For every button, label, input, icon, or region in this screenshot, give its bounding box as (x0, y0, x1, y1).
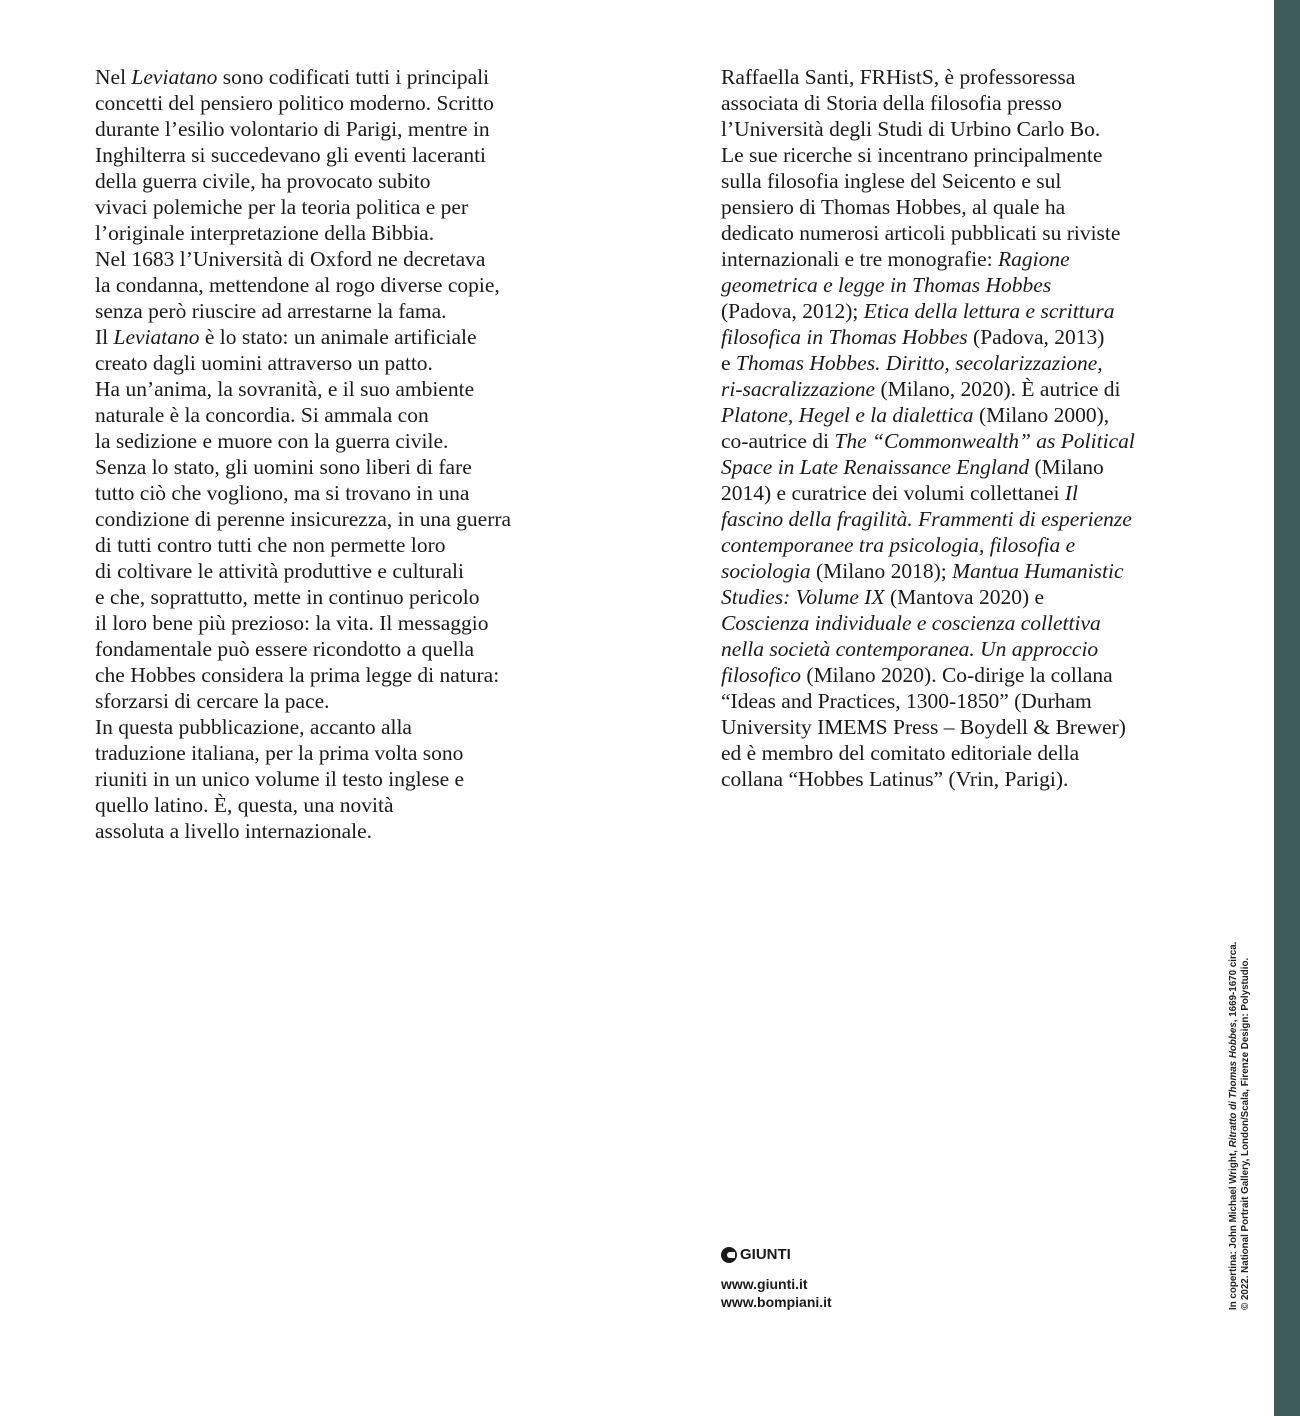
text-line: senza però riuscire ad arrestarne la fam… (95, 298, 585, 324)
text-line: filosofico (Milano 2020). Co-dirige la c… (721, 662, 1201, 688)
text-line: condizione di perenne insicurezza, in un… (95, 506, 585, 532)
cover-credit-line-1: In copertina: John Michael Wright, Ritra… (1228, 942, 1240, 1310)
text-line: Ha un’anima, la sovranità, e il suo ambi… (95, 376, 585, 402)
text-line: concetti del pensiero politico moderno. … (95, 90, 585, 116)
text-line: tutto ciò che vogliono, ma si trovano in… (95, 480, 585, 506)
text-line: di tutti contro tutti che non permette l… (95, 532, 585, 558)
text-line: collana “Hobbes Latinus” (Vrin, Parigi). (721, 766, 1201, 792)
text-line: pensiero di Thomas Hobbes, al quale ha (721, 194, 1201, 220)
text-line: e che, soprattutto, mette in continuo pe… (95, 584, 585, 610)
text-line: l’Università degli Studi di Urbino Carlo… (721, 116, 1201, 142)
text-line: Raffaella Santi, FRHistS, è professoress… (721, 64, 1201, 90)
text-line: sulla filosofia inglese del Seicento e s… (721, 168, 1201, 194)
text-line: University IMEMS Press – Boydell & Brewe… (721, 714, 1201, 740)
text-line: Platone, Hegel e la dialettica (Milano 2… (721, 402, 1201, 428)
text-line: sociologia (Milano 2018); Mantua Humanis… (721, 558, 1201, 584)
text-line: nella società contemporanea. Un approcci… (721, 636, 1201, 662)
text-line: Studies: Volume IX (Mantova 2020) e (721, 584, 1201, 610)
text-line: la sedizione e muore con la guerra civil… (95, 428, 585, 454)
text-line: di coltivare le attività produttive e cu… (95, 558, 585, 584)
text-line: Le sue ricerche si incentrano principalm… (721, 142, 1201, 168)
text-line: geometrica e legge in Thomas Hobbes (721, 272, 1201, 298)
text-line: che Hobbes considera la prima legge di n… (95, 662, 585, 688)
text-line: della guerra civile, ha provocato subito (95, 168, 585, 194)
text-line: Il Leviatano è lo stato: un animale arti… (95, 324, 585, 350)
text-line: fondamentale può essere ricondotto a que… (95, 636, 585, 662)
text-line: Space in Late Renaissance England (Milan… (721, 454, 1201, 480)
text-line: filosofica in Thomas Hobbes (Padova, 201… (721, 324, 1201, 350)
giunti-logo: GIUNTI (721, 1246, 832, 1263)
text-line: durante l’esilio volontario di Parigi, m… (95, 116, 585, 142)
text-line: Senza lo stato, gli uomini sono liberi d… (95, 454, 585, 480)
text-line: Nel 1683 l’Università di Oxford ne decre… (95, 246, 585, 272)
text-line: creato dagli uomini attraverso un patto. (95, 350, 585, 376)
text-line: quello latino. È, questa, una novità (95, 792, 585, 818)
text-line: traduzione italiana, per la prima volta … (95, 740, 585, 766)
cover-credit: In copertina: John Michael Wright, Ritra… (1228, 942, 1252, 1310)
text-line: “Ideas and Practices, 1300-1850” (Durham (721, 688, 1201, 714)
text-line: In questa pubblicazione, accanto alla (95, 714, 585, 740)
synopsis-column: Nel Leviatano sono codificati tutti i pr… (95, 64, 585, 844)
text-line: contemporanee tra psicologia, filosofia … (721, 532, 1201, 558)
text-line: assoluta a livello internazionale. (95, 818, 585, 844)
text-line: (Padova, 2012); Etica della lettura e sc… (721, 298, 1201, 324)
text-line: Nel Leviatano sono codificati tutti i pr… (95, 64, 585, 90)
giunti-logo-icon (721, 1247, 737, 1263)
text-line: Coscienza individuale e coscienza collet… (721, 610, 1201, 636)
text-line: 2014) e curatrice dei volumi collettanei… (721, 480, 1201, 506)
text-line: co-autrice di The “Commonwealth” as Poli… (721, 428, 1201, 454)
text-line: riuniti in un unico volume il testo ingl… (95, 766, 585, 792)
url-giunti[interactable]: www.giunti.it (721, 1275, 832, 1293)
text-line: vivaci polemiche per la teoria politica … (95, 194, 585, 220)
text-line: l’originale interpretazione della Bibbia… (95, 220, 585, 246)
author-bio-column: Raffaella Santi, FRHistS, è professoress… (721, 64, 1201, 792)
spine-band (1274, 0, 1300, 1416)
url-bompiani[interactable]: www.bompiani.it (721, 1293, 832, 1311)
text-line: e Thomas Hobbes. Diritto, secolarizzazio… (721, 350, 1201, 376)
text-line: Inghilterra si succedevano gli eventi la… (95, 142, 585, 168)
publisher-block: GIUNTI www.giunti.it www.bompiani.it (721, 1246, 832, 1311)
logo-text: GIUNTI (740, 1246, 791, 1263)
text-line: naturale è la concordia. Si ammala con (95, 402, 585, 428)
text-line: il loro bene più prezioso: la vita. Il m… (95, 610, 585, 636)
text-line: la condanna, mettendone al rogo diverse … (95, 272, 585, 298)
text-line: dedicato numerosi articoli pubblicati su… (721, 220, 1201, 246)
text-line: sforzarsi di cercare la pace. (95, 688, 585, 714)
cover-credit-line-2: © 2022. National Portrait Gallery, Londo… (1240, 942, 1252, 1310)
text-line: internazionali e tre monografie: Ragione (721, 246, 1201, 272)
text-line: associata di Storia della filosofia pres… (721, 90, 1201, 116)
text-line: ri-sacralizzazione (Milano, 2020). È aut… (721, 376, 1201, 402)
text-line: ed è membro del comitato editoriale dell… (721, 740, 1201, 766)
text-line: fascino della fragilità. Frammenti di es… (721, 506, 1201, 532)
